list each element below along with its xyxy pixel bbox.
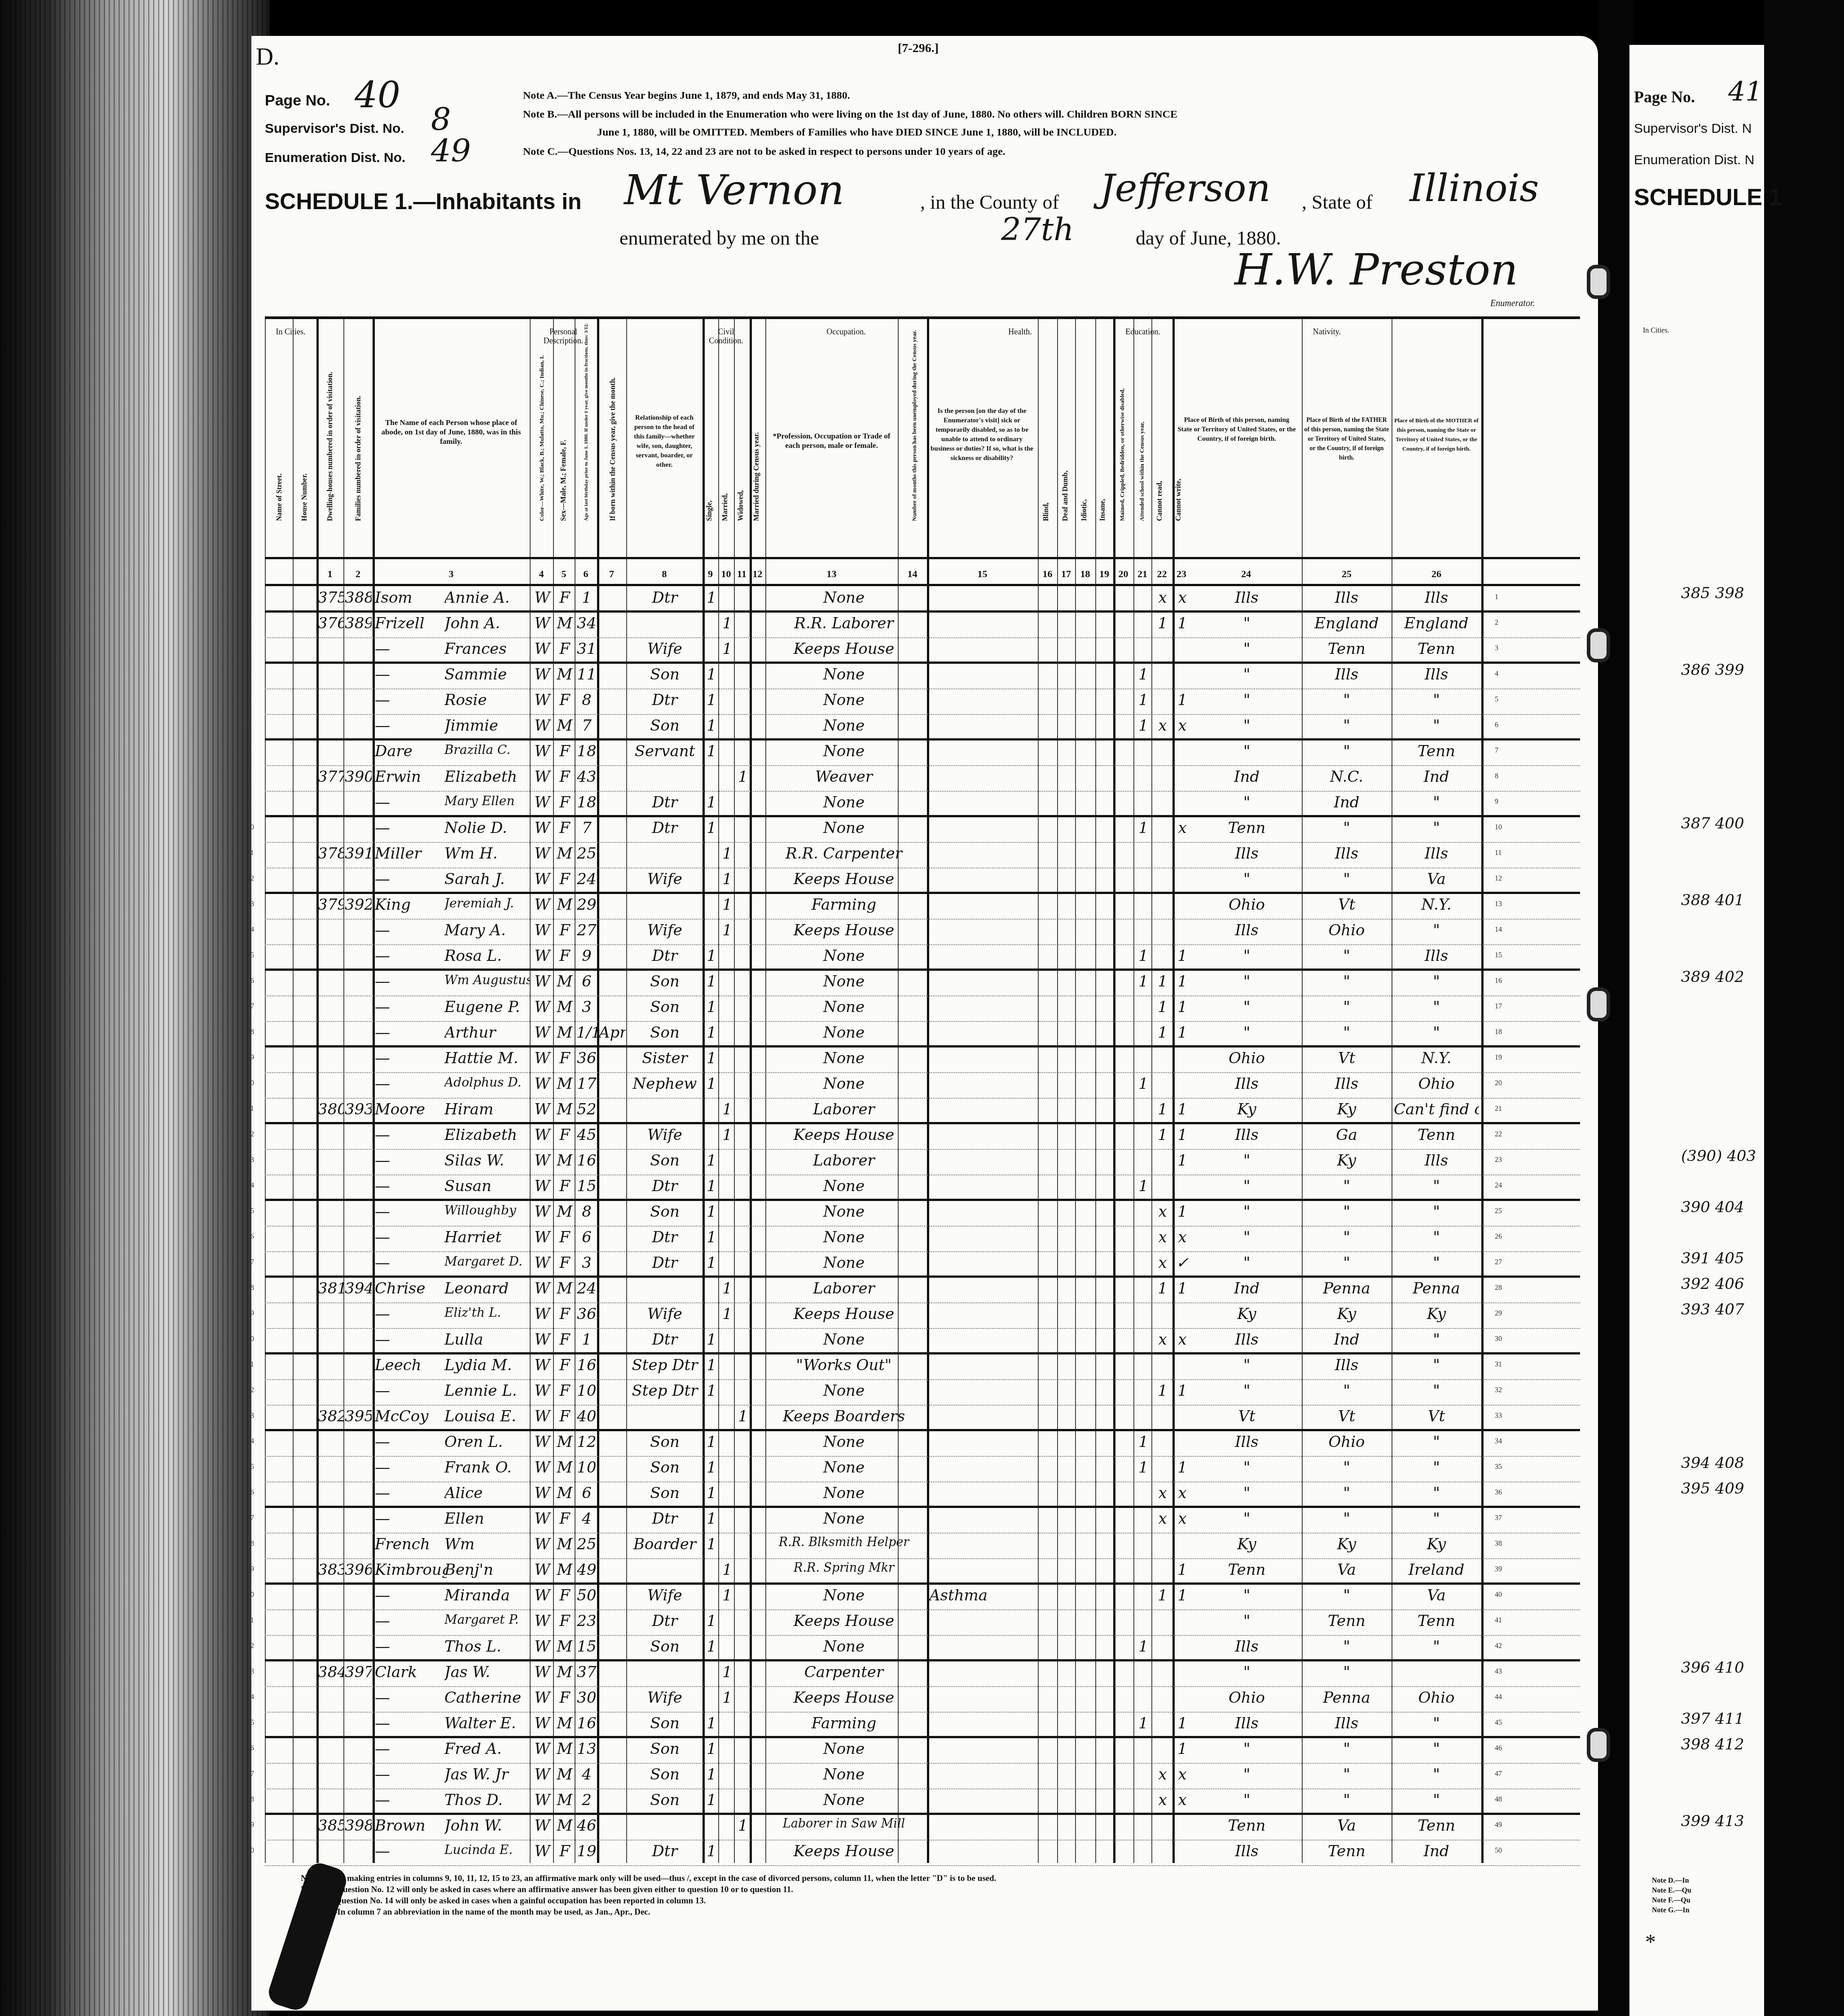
table-row: —Lennie L.WF10Step Dtr1None11"""3232 [265,1380,1580,1406]
cell-family: 391 [345,845,372,863]
header-father-birthplace: Place of Birth of the FATHER of this per… [1304,416,1389,463]
cell-rel: Step Dtr [628,1356,701,1374]
cell-family: 392 [345,896,372,914]
cell-mother: Ky [1394,1535,1479,1553]
cell-single: 1 [705,717,718,735]
cell-given: Jas W. Jr [444,1766,530,1784]
line-number: 42 [1495,1642,1502,1650]
cell-dwelling: 379 [318,896,344,914]
cell-surname: — [375,1689,447,1707]
cell-family: 397 [345,1663,372,1681]
line-number: 47 [1495,1770,1502,1778]
cell-surname: — [375,1766,447,1784]
header-married: Married, [721,493,729,521]
cell-occupation: None [768,1740,920,1758]
cell-mother: Tenn [1394,1612,1479,1630]
cell-cant-read: 1 [1154,1382,1172,1400]
cell-married: 1 [720,1100,734,1118]
cell-birth: " [1194,998,1300,1016]
enumeration-dist-label: Enumeration Dist. No. [265,150,405,166]
cell-birth: Ills [1194,1075,1300,1093]
cell-father: Ky [1304,1100,1389,1118]
form-letter: D. [256,43,280,70]
line-number: 16 [1495,977,1502,985]
cell-mother: Ills [1394,666,1479,684]
cell-given: Lulla [444,1331,530,1349]
cell-sex: F [555,742,575,760]
cell-mother: " [1394,1714,1479,1732]
cell-birth: " [1194,1152,1300,1170]
cell-age: 4 [576,1510,597,1528]
cell-cant-read: 1 [1154,973,1172,990]
cell-color: W [532,1612,552,1630]
line-number: 8 [1495,772,1498,780]
cell-age: 29 [576,896,597,914]
cell-school: 1 [1136,1433,1151,1451]
line-number: 26 [1495,1233,1502,1241]
cell-married: 1 [720,1561,734,1579]
cell-father: Tenn [1304,640,1389,658]
cell-color: W [532,1305,552,1323]
cell-birth: Ills [1194,1714,1300,1732]
table-row: —MirandaWF50Wife1NoneAsthma11""Va4040 [265,1585,1580,1610]
cell-health: Asthma [929,1587,1037,1604]
cell-birth: " [1194,1740,1300,1758]
cell-married: 1 [720,870,734,888]
cell-given: John A. [444,614,530,632]
cell-single: 1 [705,1740,718,1758]
line-number: 24 [1495,1182,1502,1190]
state-label: , State of [1302,191,1373,214]
adj-dwelling-entry: 387 400 [1681,815,1744,833]
group-health: Health. [927,327,1113,336]
cell-color: W [532,1228,552,1246]
cell-birth: " [1194,1612,1300,1630]
cell-father: Penna [1304,1689,1389,1707]
note-f: Note F.—Question No. 14 will only be ask… [301,1896,706,1906]
cell-cant-read: 1 [1154,1126,1172,1144]
table-row: —Eliz'th L.WF36Wife1Keeps HouseKyKyKy292… [265,1303,1580,1329]
colnum-21: 21 [1133,568,1151,580]
cell-sex: F [555,793,575,811]
cell-cant-read: x [1154,1484,1172,1502]
cell-mother: " [1394,973,1479,990]
cell-age: 6 [576,1228,597,1246]
cell-given: Sammie [444,666,530,684]
cell-father: " [1304,973,1389,990]
cell-surname: — [375,947,447,965]
cell-given: Thos D. [444,1791,530,1809]
cell-dwelling: 385 [318,1817,344,1835]
cell-age: 15 [576,1177,597,1195]
cell-color: W [532,1049,552,1067]
cell-color: W [532,1587,552,1604]
cell-father: Ills [1304,845,1389,863]
cell-sex: M [555,1638,575,1656]
enumeration-dist-value: 49 [431,132,471,169]
group-nativity: Nativity. [1172,327,1481,336]
cell-given: Willoughby [444,1203,530,1218]
county-name: Jefferson [1100,166,1271,210]
cell-occupation: Keeps House [768,1305,920,1323]
cell-surname: King [375,896,447,914]
table-row: FrenchWmWM25Boarder1R.R. Blksmith Helper… [265,1534,1580,1559]
cell-surname: — [375,1587,447,1604]
cell-father: Ills [1304,666,1389,684]
cell-sex: M [555,1024,575,1042]
cell-occupation: Keeps House [768,870,920,888]
cell-mother: " [1394,819,1479,837]
cell-father: Ky [1304,1305,1389,1323]
cell-surname: — [375,1228,447,1246]
cell-occupation: Laborer in Saw Mill [768,1817,920,1831]
cell-color: W [532,1714,552,1732]
binder-ring [1587,987,1610,1021]
cell-father: " [1304,1228,1389,1246]
cell-age: 10 [576,1382,597,1400]
cell-given: Adolphus D. [444,1075,530,1090]
cell-surname: Moore [375,1100,447,1118]
cell-occupation: None [768,1510,920,1528]
cell-age: 3 [576,1254,597,1272]
cell-birth: " [1194,640,1300,658]
cell-occupation: None [768,1766,920,1784]
cell-mother: " [1394,1433,1479,1451]
cell-surname: — [375,973,447,990]
cell-family: 394 [345,1280,372,1297]
cell-color: W [532,1791,552,1809]
cell-cant-write: 1 [1175,1740,1190,1758]
table-row: —Thos L.WM15Son1None1Ills""4242 [265,1636,1580,1661]
line-number: 15 [1495,951,1502,960]
cell-sex: M [555,973,575,990]
cell-surname: — [375,1382,447,1400]
cell-sex: M [555,1535,575,1553]
cell-school: 1 [1136,717,1151,735]
cell-dwelling: 380 [318,1100,344,1118]
cell-given: Susan [444,1177,530,1195]
cell-age: 12 [576,1433,597,1451]
book-spine [0,0,269,2016]
cell-birth: " [1194,1177,1300,1195]
cell-sex: M [555,1075,575,1093]
cell-cant-write: 1 [1175,1100,1190,1118]
line-number: 27 [247,1258,254,1267]
cell-birth: " [1194,973,1300,990]
cell-given: Miranda [444,1587,530,1604]
cell-father: " [1304,1510,1389,1528]
line-number: 33 [1495,1412,1502,1420]
line-number: 50 [1495,1847,1502,1855]
table-row: —SusanWF15Dtr1None1"""2424 [265,1175,1580,1201]
cell-single: 1 [705,1433,718,1451]
cell-color: W [532,1407,552,1425]
cell-birth: " [1194,717,1300,735]
cell-given: Oren L. [444,1433,530,1451]
cell-occupation: R.R. Blksmith Helper [768,1535,920,1549]
table-row: —AliceWM6Son1Nonexx"""3636 [265,1482,1580,1508]
cell-occupation: None [768,742,920,760]
cell-mother: Tenn [1394,742,1479,760]
cell-given: Alice [444,1484,530,1502]
cell-birth: Tenn [1194,1817,1300,1835]
cell-rel: Son [628,973,701,990]
cell-surname: — [375,1740,447,1758]
line-number: 24 [247,1182,254,1190]
line-number: 49 [247,1821,254,1829]
cell-sex: F [555,1689,575,1707]
cell-sex: F [555,691,575,709]
cell-cant-write: x [1175,819,1190,837]
cell-father: Ky [1304,1535,1389,1553]
cell-given: John W. [444,1817,530,1835]
cell-given: Walter E. [444,1714,530,1732]
cell-school: 1 [1136,819,1151,837]
table-row: 379392KingJeremiah J.WM291FarmingOhioVtN… [265,894,1580,920]
cell-rel: Dtr [628,589,701,607]
cell-rel: Wife [628,870,701,888]
cell-cant-write: 1 [1175,973,1190,990]
cell-married: 1 [720,1126,734,1144]
cell-occupation: Keeps House [768,1612,920,1630]
cell-single: 1 [705,1612,718,1630]
cell-color: W [532,1177,552,1195]
cell-sex: F [555,947,575,965]
adj-supervisor-label: Supervisor's Dist. N [1634,121,1752,136]
cell-sex: F [555,1126,575,1144]
cell-color: W [532,1842,552,1860]
cell-color: W [532,973,552,990]
cell-occupation: Laborer [768,1152,920,1170]
line-number: 45 [1495,1719,1502,1727]
cell-rel: Dtr [628,819,701,837]
cell-age: 19 [576,1842,597,1860]
cell-color: W [532,1459,552,1477]
cell-rel: Son [628,1152,701,1170]
cell-sex: M [555,845,575,863]
cell-cant-write: x [1175,1228,1190,1246]
table-row: 378391MillerWm H.WM251R.R. CarpenterIlls… [265,843,1580,868]
cell-single: 1 [705,973,718,990]
cell-mother: Can't find out [1394,1100,1479,1118]
cell-sex: M [555,1459,575,1477]
cell-father: " [1304,1382,1389,1400]
table-row: —Adolphus D.WM17Nephew1None1IllsIllsOhio… [265,1073,1580,1099]
cell-occupation: None [768,1177,920,1195]
cell-birth: " [1194,870,1300,888]
cell-single: 1 [705,793,718,811]
cell-given: Jimmie [444,717,530,735]
cell-color: W [532,589,552,607]
cell-surname: Leech [375,1356,447,1374]
header-sex: Sex—Male, M.; Female, F. [560,440,568,521]
colnum-18: 18 [1075,568,1095,580]
header-maimed: Maimed, Crippled, Bedridden, or otherwis… [1119,388,1126,521]
cell-married: 1 [720,896,734,914]
header-occupation: *Profession, Occupation or Trade of each… [770,431,893,450]
cell-color: W [532,1331,552,1349]
enumeration-day: 27th [1001,211,1074,248]
cell-father: " [1304,1254,1389,1272]
table-row: —Lucinda E.WF19Dtr1Keeps HouseIllsTennIn… [265,1841,1580,1866]
cell-birth: Ills [1194,589,1300,607]
cell-age: 6 [576,973,597,990]
cell-cant-read: 1 [1154,614,1172,632]
cell-occupation: None [768,1791,920,1809]
cell-given: Catherine [444,1689,530,1707]
cell-father: " [1304,1484,1389,1502]
cell-given: Margaret P. [444,1612,530,1627]
table-row: 377390ErwinElizabethWF431WeaverIndN.C.In… [265,766,1580,792]
adj-dwelling-entry: 386 399 [1681,661,1744,679]
group-in-cities: In Cities. [265,327,316,336]
cell-birth: " [1194,793,1300,811]
cell-given: Ellen [444,1510,530,1528]
cell-mother: Ills [1394,845,1479,863]
colnum-23: 23 [1172,568,1190,580]
binder-ring [1587,265,1610,299]
cell-rel: Servant [628,742,701,760]
line-number: 7 [247,747,250,755]
cell-sex: F [555,589,575,607]
line-number: 40 [1495,1591,1502,1599]
cell-rel: Boarder [628,1535,701,1553]
cell-father: Ills [1304,589,1389,607]
line-number: 15 [247,951,254,960]
cell-color: W [532,1203,552,1221]
cell-birth: Ills [1194,1331,1300,1349]
cell-cant-write: 1 [1175,1459,1190,1477]
cell-cant-read: x [1154,589,1172,607]
cell-birth: " [1194,614,1300,632]
cell-surname: — [375,691,447,709]
table-row: 375388IsomAnnie A.WF1Dtr1NonexxIllsIllsI… [265,587,1580,613]
cell-sex: F [555,1177,575,1195]
cell-color: W [532,793,552,811]
cell-surname: — [375,870,447,888]
cell-mother: " [1394,921,1479,939]
cell-surname: Frizell [375,614,447,632]
line-number: 46 [1495,1744,1502,1753]
table-row: —Frank O.WM10Son1None11"""3535 [265,1457,1580,1482]
cell-cant-write: 1 [1175,1152,1190,1170]
cell-sex: F [555,1587,575,1604]
cell-surname: — [375,717,447,735]
cell-occupation: Farming [768,1714,920,1732]
header-street: Name of Street. [276,473,284,521]
colnum-13: 13 [765,568,898,580]
line-number: 23 [1495,1156,1502,1164]
cell-cant-write: x [1175,1484,1190,1502]
colnum-2: 2 [343,568,373,580]
cell-occupation: None [768,717,920,735]
cell-rel: Dtr [628,1254,701,1272]
cell-surname: Brown [375,1817,447,1835]
cell-family: 393 [345,1100,372,1118]
cell-age: 52 [576,1100,597,1118]
cell-mother: " [1394,1382,1479,1400]
cell-occupation: None [768,1484,920,1502]
cell-single: 1 [705,1791,718,1809]
line-number: 35 [1495,1463,1502,1471]
cell-father: " [1304,717,1389,735]
cell-given: Frank O. [444,1459,530,1477]
cell-dwelling: 382 [318,1407,344,1425]
cell-occupation: None [768,1382,920,1400]
cell-surname: Chrise [375,1280,447,1297]
cell-color: W [532,691,552,709]
line-number: 2 [247,619,250,627]
cell-surname: — [375,1510,447,1528]
cell-cant-read: x [1154,1331,1172,1349]
cell-rel: Step Dtr [628,1382,701,1400]
cell-single: 1 [705,1203,718,1221]
cell-surname: Kimbrough [375,1561,447,1579]
cell-father: Ills [1304,1075,1389,1093]
cell-dwelling: 383 [318,1561,344,1579]
header-dwelling: Dwelling-houses numbered in order of vis… [326,372,334,521]
line-number: 39 [247,1565,254,1573]
cell-sex: F [555,1331,575,1349]
header-family: Families numbered in order of visitation… [355,396,363,521]
cell-surname: — [375,640,447,658]
line-number: 14 [1495,926,1502,934]
cell-cant-write: 1 [1175,1203,1190,1221]
cell-rel: Son [628,1714,701,1732]
cell-rel: Wife [628,1689,701,1707]
cell-occupation: R.R. Laborer [768,614,920,632]
cell-occupation: None [768,1433,920,1451]
note-g: Note G.—In column 7 an abbreviation in t… [301,1907,650,1917]
cell-mother: " [1394,1228,1479,1246]
cell-single: 1 [705,1638,718,1656]
cell-cant-write: 1 [1175,1024,1190,1042]
cell-mother: Ind [1394,1842,1479,1860]
cell-single: 1 [705,1254,718,1272]
cell-surname: French [375,1535,447,1553]
cell-surname: — [375,1459,447,1477]
county-label: , in the County of [920,191,1059,214]
adj-dwelling-entry: (390) 403 [1681,1147,1756,1165]
adj-dwelling-entry: 399 413 [1681,1812,1744,1830]
cell-father: Ills [1304,1356,1389,1374]
line-number: 44 [247,1693,254,1701]
cell-mother: " [1394,1177,1479,1195]
cell-birth: Ills [1194,845,1300,863]
cell-rel: Son [628,1433,701,1451]
cell-given: Annie A. [444,589,530,607]
cell-rel: Son [628,1740,701,1758]
line-number: 21 [1495,1105,1502,1113]
line-number: 25 [247,1207,254,1215]
table-row: 384397ClarkJas W.WM371Carpenter""4343 [265,1661,1580,1687]
line-number: 26 [247,1233,254,1241]
colnum-17: 17 [1057,568,1075,580]
cell-birth: Ky [1194,1100,1300,1118]
table-row: —Margaret D.WF3Dtr1Nonex✓"""2727 [265,1252,1580,1278]
cell-school: 1 [1136,1459,1151,1477]
line-number: 38 [247,1540,254,1548]
cell-given: Hattie M. [444,1049,530,1067]
cell-father: N.C. [1304,768,1389,786]
line-number: 2 [1495,619,1498,627]
cell-occupation: Keeps House [768,640,920,658]
cell-mother: " [1394,1638,1479,1656]
cell-given: Frances [444,640,530,658]
cell-month: April [599,1024,626,1042]
cell-age: 40 [576,1407,597,1425]
cell-age: 3 [576,998,597,1016]
